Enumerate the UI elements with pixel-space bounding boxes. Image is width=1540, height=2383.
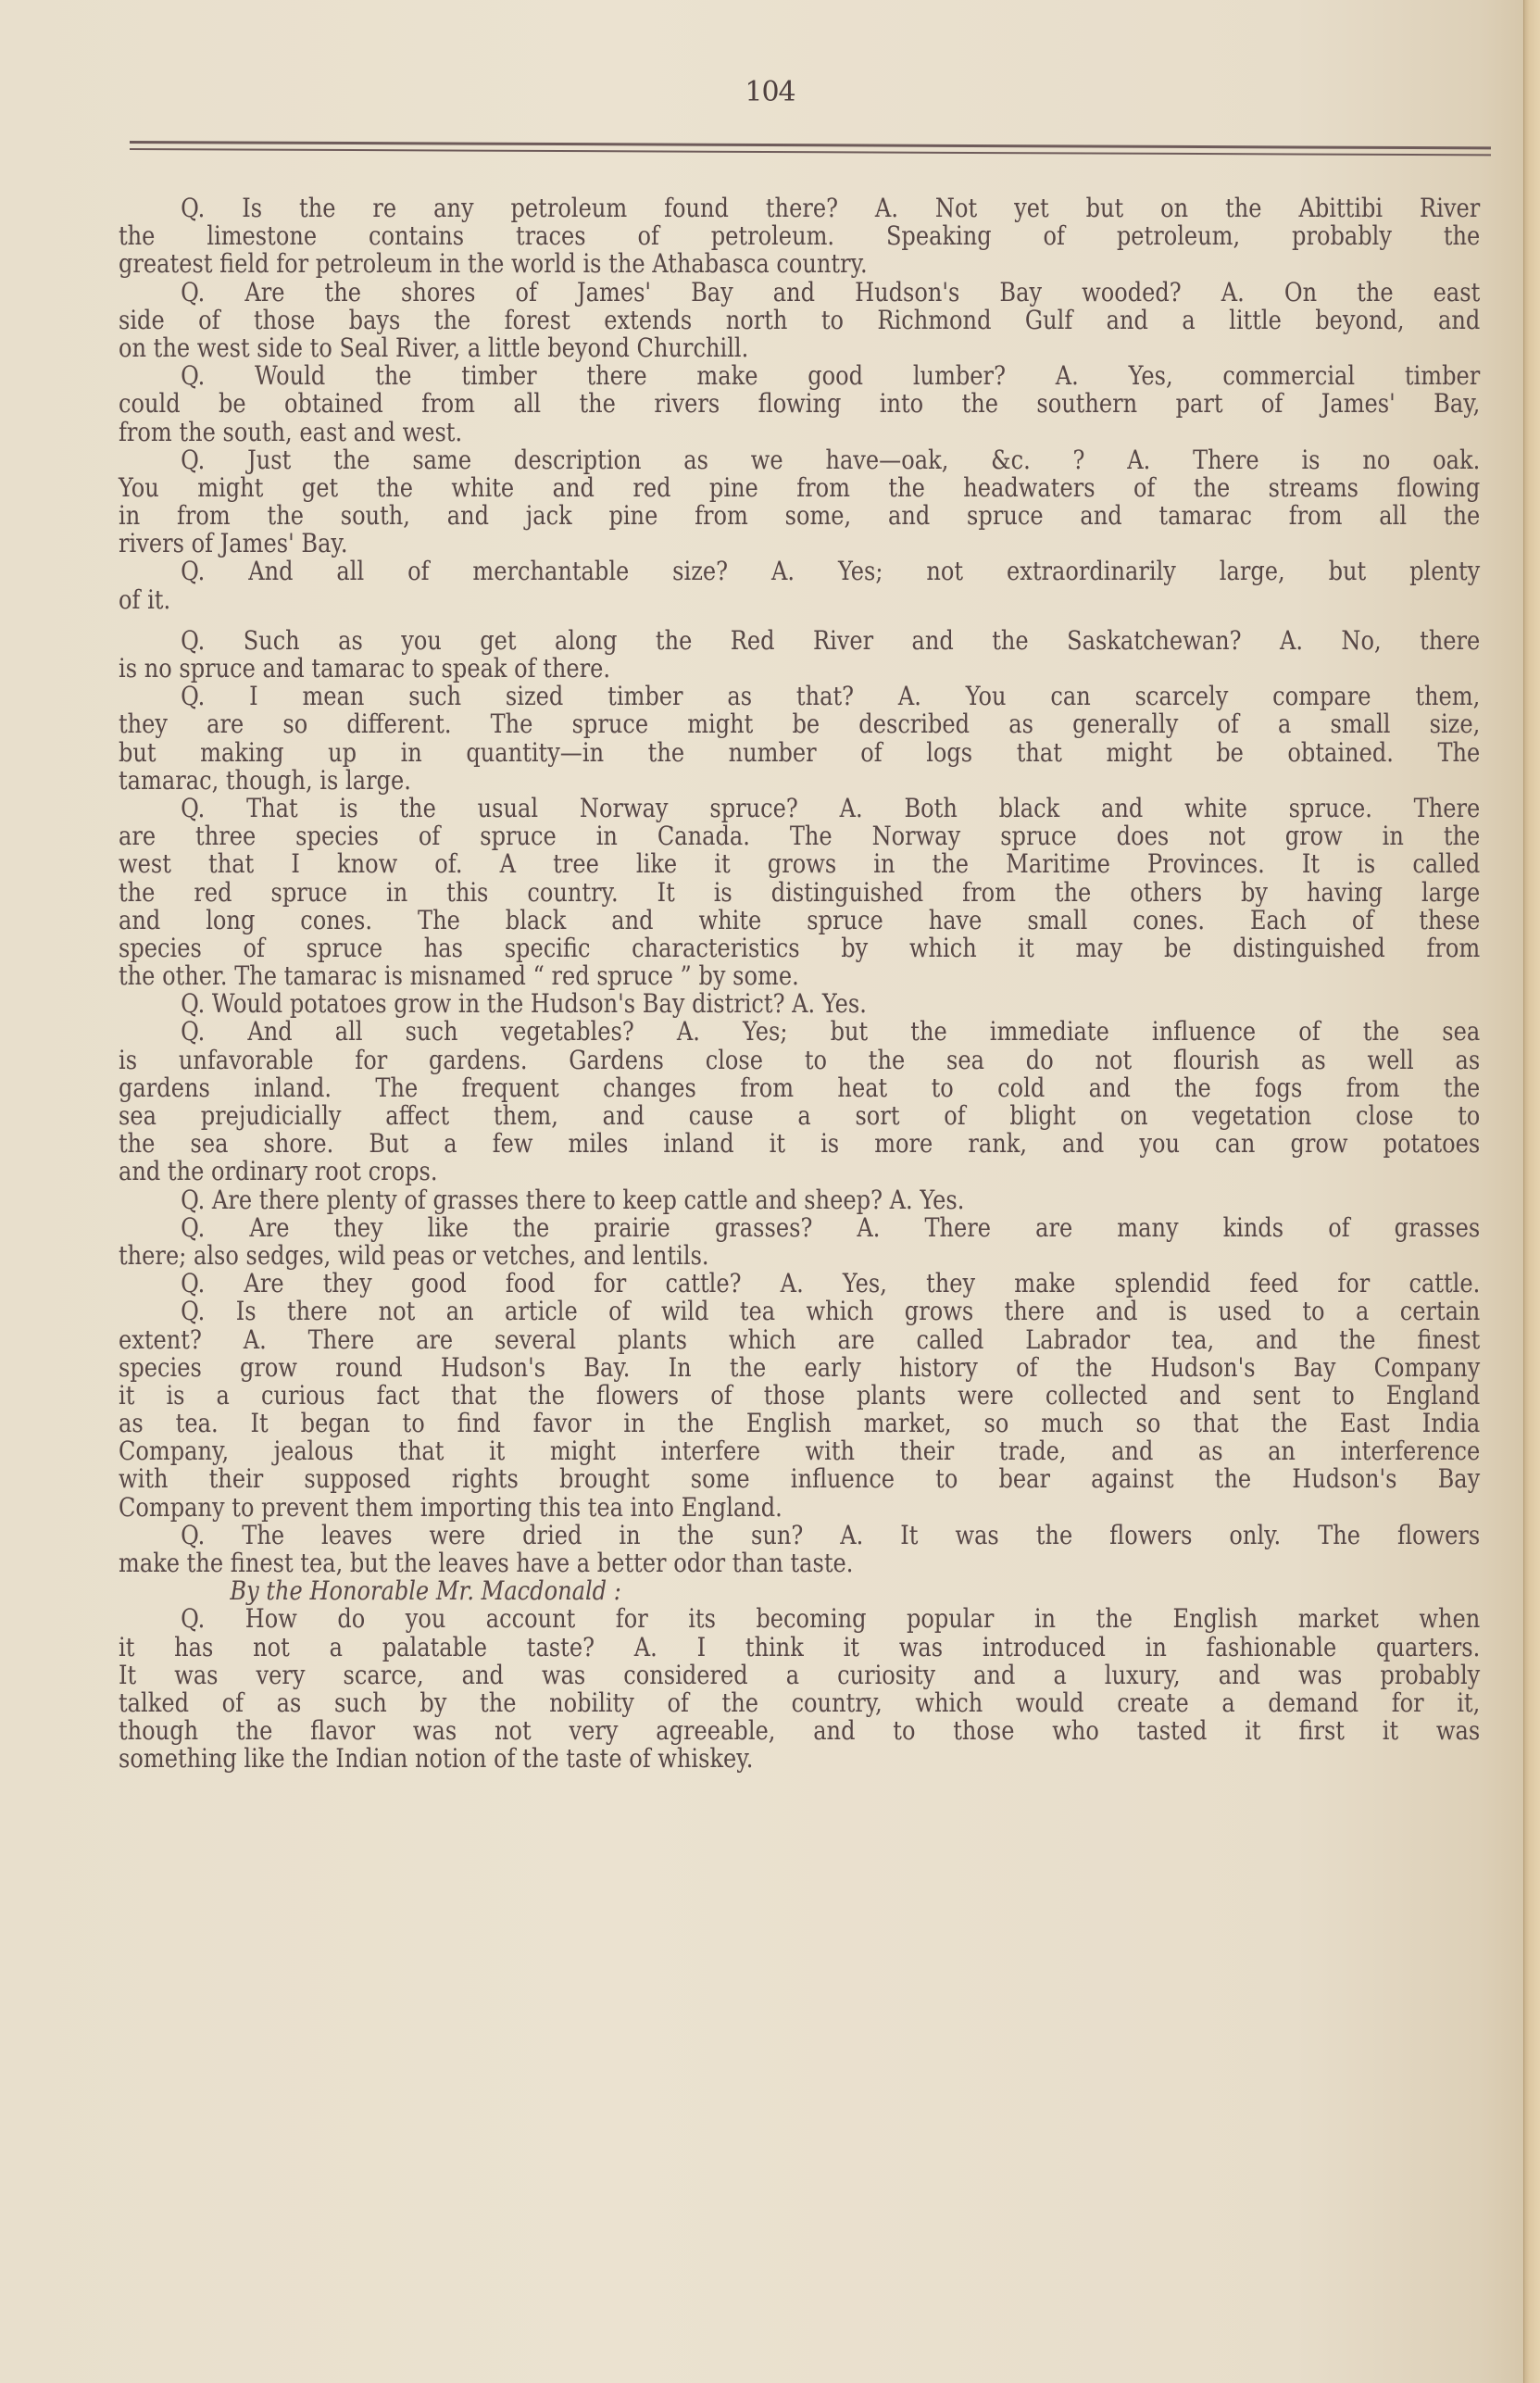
text-line: in from the south, and jack pine from so… bbox=[119, 502, 1480, 530]
text-line: could be obtained from all the rivers fl… bbox=[119, 390, 1480, 418]
speaker-byline: By the Honorable Mr. Macdonald : bbox=[119, 1577, 1480, 1605]
text-line: You might get the white and red pine fro… bbox=[119, 474, 1480, 502]
text-line: Q. Are they good food for cattle? A. Yes… bbox=[119, 1270, 1480, 1298]
text-line: greatest field for petroleum in the worl… bbox=[119, 250, 1480, 278]
byline-text: By the Honorable Mr. Macdonald : bbox=[119, 1577, 1480, 1605]
text-line: are three species of spruce in Canada. T… bbox=[119, 822, 1480, 850]
text-line: Q. Is there not an article of wild tea w… bbox=[119, 1298, 1480, 1325]
qa-paragraph: Q. And all such vegetables? A. Yes; but … bbox=[119, 1018, 1480, 1185]
text-line: something like the Indian notion of the … bbox=[119, 1745, 1480, 1773]
text-line: Company, jealous that it might interfere… bbox=[119, 1437, 1480, 1465]
text-line: Q. Are there plenty of grasses there to … bbox=[119, 1186, 1480, 1214]
text-line: extent? A. There are several plants whic… bbox=[119, 1326, 1480, 1354]
text-line: though the flavor was not very agreeable… bbox=[119, 1717, 1480, 1745]
qa-paragraph: Q. Would potatoes grow in the Hudson's B… bbox=[119, 990, 1480, 1018]
text-line: Q. I mean such sized timber as that? A. … bbox=[119, 683, 1480, 710]
text-line: of it. bbox=[119, 586, 1480, 614]
text-line: is unfavorable for gardens. Gardens clos… bbox=[119, 1047, 1480, 1074]
text-line: west that I know of. A tree like it grow… bbox=[119, 850, 1480, 878]
qa-paragraph: Q. Is there not an article of wild tea w… bbox=[119, 1298, 1480, 1522]
page-number: 104 bbox=[0, 76, 1540, 108]
text-line: gardens inland. The frequent changes fro… bbox=[119, 1074, 1480, 1102]
text-line: tamarac, though, is large. bbox=[119, 767, 1480, 795]
qa-paragraph: Q. How do you account for its becoming p… bbox=[119, 1605, 1480, 1773]
text-line: Company to prevent them importing this t… bbox=[119, 1494, 1480, 1522]
text-line: talked of as such by the nobility of the… bbox=[119, 1689, 1480, 1717]
text-line: Q. Such as you get along the Red River a… bbox=[119, 627, 1480, 655]
qa-paragraph: Q. The leaves were dried in the sun? A. … bbox=[119, 1522, 1480, 1577]
text-line: sea prejudicially affect them, and cause… bbox=[119, 1102, 1480, 1130]
text-line: is no spruce and tamarac to speak of the… bbox=[119, 655, 1480, 683]
text-line: there; also sedges, wild peas or vetches… bbox=[119, 1242, 1480, 1270]
text-line: the other. The tamarac is misnamed “ red… bbox=[119, 962, 1480, 990]
text-line: Q. Are the shores of James' Bay and Huds… bbox=[119, 279, 1480, 307]
text-line: Q. The leaves were dried in the sun? A. … bbox=[119, 1522, 1480, 1549]
page-edge bbox=[1523, 0, 1540, 2383]
text-line: they are so different. The spruce might … bbox=[119, 710, 1480, 738]
qa-paragraph: Q. That is the usual Norway spruce? A. B… bbox=[119, 795, 1480, 990]
text-line: Q. And all of merchantable size? A. Yes;… bbox=[119, 558, 1480, 585]
qa-paragraph: Q. And all of merchantable size? A. Yes;… bbox=[119, 558, 1480, 613]
text-line: Q. And all such vegetables? A. Yes; but … bbox=[119, 1018, 1480, 1046]
text-line: as tea. It began to find favor in the En… bbox=[119, 1410, 1480, 1437]
text-line: with their supposed rights brought some … bbox=[119, 1465, 1480, 1493]
qa-paragraph: Q. Such as you get along the Red River a… bbox=[119, 627, 1480, 683]
text-line: Q. Are they like the prairie grasses? A.… bbox=[119, 1214, 1480, 1242]
qa-paragraph: Q. Are there plenty of grasses there to … bbox=[119, 1186, 1480, 1214]
text-line: the limestone contains traces of petrole… bbox=[119, 222, 1480, 250]
text-line: make the finest tea, but the leaves have… bbox=[119, 1549, 1480, 1577]
qa-paragraph: Q. Just the same description as we have—… bbox=[119, 446, 1480, 558]
text-line: but making up in quantity—in the number … bbox=[119, 739, 1480, 767]
qa-paragraph: Q. Would the timber there make good lumb… bbox=[119, 362, 1480, 446]
text-line: from the south, east and west. bbox=[119, 419, 1480, 446]
text-line: and the ordinary root crops. bbox=[119, 1158, 1480, 1185]
text-line: species of spruce has specific character… bbox=[119, 934, 1480, 962]
text-line: Q. Would potatoes grow in the Hudson's B… bbox=[119, 990, 1480, 1018]
text-line: Q. That is the usual Norway spruce? A. B… bbox=[119, 795, 1480, 822]
text-line: it has not a palatable taste? A. I think… bbox=[119, 1634, 1480, 1662]
text-line: Q. How do you account for its becoming p… bbox=[119, 1605, 1480, 1633]
text-line: the sea shore. But a few miles inland it… bbox=[119, 1130, 1480, 1158]
qa-paragraph: Q. I mean such sized timber as that? A. … bbox=[119, 683, 1480, 795]
qa-paragraph: Q. Is the re any petroleum found there? … bbox=[119, 194, 1480, 279]
text-line: Q. Is the re any petroleum found there? … bbox=[119, 194, 1480, 222]
body-text: Q. Is the re any petroleum found there? … bbox=[119, 194, 1480, 1774]
text-line: It was very scarce, and was considered a… bbox=[119, 1662, 1480, 1689]
qa-paragraph: Q. Are the shores of James' Bay and Huds… bbox=[119, 279, 1480, 363]
text-line: side of those bays the forest extends no… bbox=[119, 307, 1480, 334]
text-line: Q. Just the same description as we have—… bbox=[119, 446, 1480, 474]
text-line: the red spruce in this country. It is di… bbox=[119, 879, 1480, 907]
text-line: on the west side to Seal River, a little… bbox=[119, 334, 1480, 362]
qa-paragraph: Q. Are they good food for cattle? A. Yes… bbox=[119, 1270, 1480, 1298]
text-line: Q. Would the timber there make good lumb… bbox=[119, 362, 1480, 390]
text-line: rivers of James' Bay. bbox=[119, 530, 1480, 558]
text-line: species grow round Hudson's Bay. In the … bbox=[119, 1354, 1480, 1382]
text-line: and long cones. The black and white spru… bbox=[119, 907, 1480, 934]
qa-paragraph: Q. Are they like the prairie grasses? A.… bbox=[119, 1214, 1480, 1270]
text-line: it is a curious fact that the flowers of… bbox=[119, 1382, 1480, 1410]
